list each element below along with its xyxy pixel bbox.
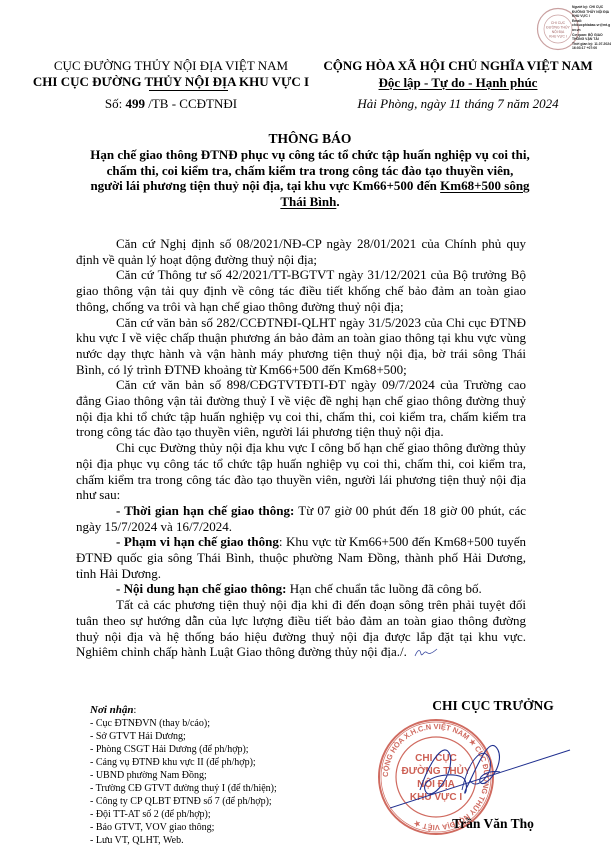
- doc-no-suffix: /TB - CCĐTNĐI: [145, 96, 237, 111]
- national-motto: Độc lập - Tự do - Hạnh phúc: [379, 75, 538, 90]
- document-type: THÔNG BÁO: [90, 131, 530, 147]
- item-label: - Thời gian hạn chế giao thông:: [116, 503, 294, 518]
- signer-name: Trần Văn Thọ: [370, 816, 616, 832]
- recipient-item: - Phòng CSGT Hải Dương (để ph/hợp);: [90, 743, 350, 756]
- signer-title: CHI CỤC TRƯỞNG: [370, 698, 616, 714]
- item-label: - Phạm vi hạn chế giao thông: [116, 534, 279, 549]
- national-heading: CỘNG HÒA XÃ HỘI CHỦ NGHĨA VIỆT NAM Độc l…: [300, 58, 616, 92]
- recipient-item: - Công ty CP QLBT ĐTNĐ số 7 (để ph/hợp);: [90, 795, 350, 808]
- closing-instruction: Tất cả các phương tiện thuỷ nội địa khi …: [76, 597, 526, 660]
- document-number: Số: 499 /TB - CCĐTNĐI: [26, 96, 316, 112]
- sig-info-line: 16:03:17 +07:00: [572, 46, 616, 51]
- recipient-item: - UBND phường Nam Đồng;: [90, 769, 350, 782]
- legal-basis: Căn cứ văn bản số 898/CĐGTVTĐTI-ĐT ngày …: [76, 377, 526, 440]
- subject-end: .: [336, 194, 339, 209]
- document-body: Căn cứ Nghị định số 08/2021/NĐ-CP ngày 2…: [76, 236, 526, 660]
- recipient-item: - Sở GTVT Hải Dương;: [90, 730, 350, 743]
- item-label: - Nội dung hạn chế giao thông:: [116, 581, 286, 596]
- item-text: Hạn chế chuẩn tắc luồng đã công bố.: [286, 581, 481, 596]
- digital-signature-info: Người ký: CHI CỤC ĐƯỜNG THỦY NỘI ĐỊA KHU…: [572, 5, 616, 51]
- handwritten-signature-icon: [390, 730, 590, 820]
- closing-text: Tất cả các phương tiện thuỷ nội địa khi …: [76, 597, 526, 659]
- recipients: Nơi nhận: - Cục ĐTNĐVN (thay b/cáo); - S…: [90, 704, 350, 847]
- recipient-item: - Báo GTVT, VOV giao thông;: [90, 821, 350, 834]
- branch-underline: [149, 90, 228, 91]
- recipient-item: - Cục ĐTNĐVN (thay b/cáo);: [90, 717, 350, 730]
- issuing-agency: CỤC ĐƯỜNG THỦY NỘI ĐỊA VIỆT NAM CHI CỤC …: [26, 58, 316, 90]
- document-title: THÔNG BÁO Hạn chế giao thông ĐTNĐ phục v…: [90, 131, 530, 209]
- recipient-item: - Cảng vụ ĐTNĐ khu vực II (để ph/hợp);: [90, 756, 350, 769]
- recipients-heading: Nơi nhận:: [90, 704, 350, 717]
- svg-text:ĐƯỜNG THỦY: ĐƯỜNG THỦY: [546, 25, 570, 30]
- issuing-branch: CHI CỤC ĐƯỜNG THỦY NỘI ĐỊA KHU VỰC I: [26, 74, 316, 90]
- svg-text:KHU VỰC I: KHU VỰC I: [549, 35, 567, 39]
- restriction-scope: - Phạm vi hạn chế giao thông: Khu vực từ…: [76, 534, 526, 581]
- doc-no-prefix: Số:: [105, 96, 126, 111]
- restriction-time: - Thời gian hạn chế giao thông: Từ 07 gi…: [76, 503, 526, 534]
- recipients-title: Nơi nhận: [90, 704, 134, 716]
- parent-agency: CỤC ĐƯỜNG THỦY NỘI ĐỊA VIỆT NAM: [26, 58, 316, 74]
- svg-text:NỘI ĐỊA: NỘI ĐỊA: [552, 29, 565, 34]
- motto-wrap: Độc lập - Tự do - Hạnh phúc: [300, 74, 616, 92]
- document-subject: Hạn chế giao thông ĐTNĐ phục vụ công tác…: [90, 147, 530, 209]
- issuing-branch-name: CHI CỤC ĐƯỜNG THỦY NỘI ĐỊA KHU VỰC I: [33, 74, 309, 89]
- legal-basis: Căn cứ văn bản số 282/CCĐTNĐI-QLHT ngày …: [76, 315, 526, 378]
- signature-block: CHI CỤC TRƯỞNG: [370, 698, 616, 714]
- initials-mark-icon: [413, 648, 439, 658]
- restriction-content: - Nội dung hạn chế giao thông: Hạn chế c…: [76, 581, 526, 597]
- recipient-item: - Trường CĐ GTVT đường thuỷ I (để th/hiệ…: [90, 782, 350, 795]
- legal-basis: Căn cứ Nghị định số 08/2021/NĐ-CP ngày 2…: [76, 236, 526, 267]
- recipient-item: - Đội TT-AT số 2 (để ph/hợp);: [90, 808, 350, 821]
- nation-name: CỘNG HÒA XÃ HỘI CHỦ NGHĨA VIỆT NAM: [300, 58, 616, 74]
- place-and-date: Hải Phòng, ngày 11 tháng 7 năm 2024: [300, 96, 616, 112]
- recipients-colon: :: [134, 705, 137, 716]
- svg-text:CHI CỤC: CHI CỤC: [551, 21, 566, 25]
- recipient-item: - Lưu VT, QLHT, Web.: [90, 834, 350, 847]
- legal-basis: Căn cứ Thông tư số 42/2021/TT-BGTVT ngày…: [76, 267, 526, 314]
- doc-no-number: 499: [126, 96, 146, 111]
- announcement: Chi cục Đường thủy nội địa khu vực I côn…: [76, 440, 526, 503]
- recipient-list: - Cục ĐTNĐVN (thay b/cáo); - Sở GTVT Hải…: [90, 717, 350, 847]
